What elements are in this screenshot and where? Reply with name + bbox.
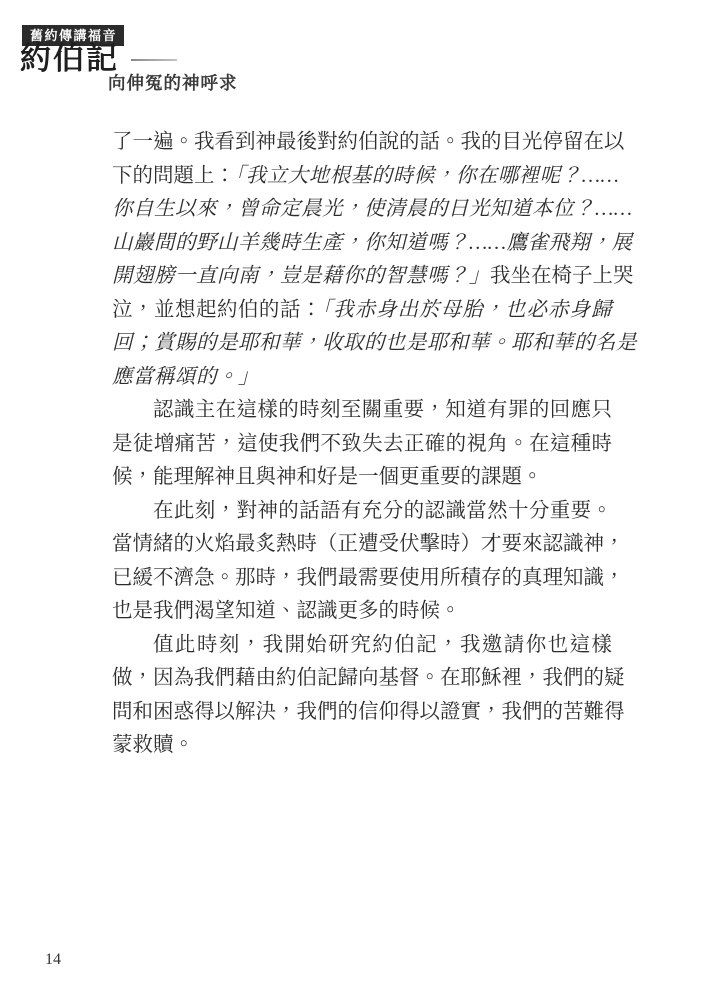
body-line: 開翅膀一直向南，豈是藉你的智慧嗎？」我坐在椅子上哭 xyxy=(112,260,612,294)
scripture-quote-text: 應當稱頌的。」 xyxy=(112,366,259,388)
body-run: 也是我們渴望知道、認識更多的時候。 xyxy=(112,600,461,622)
scripture-quote-text: 「我赤身出於母胎，也必赤身歸 xyxy=(322,299,612,321)
scripture-quote-text: 你自生以來，曾命定晨光，使清晨的日光知道本位？…… xyxy=(112,198,632,220)
body-run: 了一遍。我看到神最後對約伯說的話。我的目光停留在以 xyxy=(112,131,625,153)
scripture-quote-text: 回；賞賜的是耶和華，收取的也是耶和華。耶和華的名是 xyxy=(112,332,637,354)
body-run: 泣，並想起約伯的話： xyxy=(112,299,322,321)
body-run: 問和困惑得以解決，我們的信仰得以證實，我們的苦難得 xyxy=(112,701,625,723)
body-line: 山巖間的野山羊幾時生產，你知道嗎？……鷹雀飛翔，展 xyxy=(112,227,612,261)
body-line: 泣，並想起約伯的話：「我赤身出於母胎，也必赤身歸 xyxy=(112,294,612,328)
body-run: 做，因為我們藉由約伯記歸向基督。在耶穌裡，我們的疑 xyxy=(112,667,625,689)
scripture-quote-text: 開翅膀一直向南，豈是藉你的智慧嗎？」 xyxy=(112,265,490,287)
chapter-subtitle: 向伸冤的神呼求 xyxy=(108,73,238,93)
page-number: 14 xyxy=(45,951,61,969)
body-run: 候，能理解神且與神和好是一個更重要的課題。 xyxy=(112,466,543,488)
body-line: 也是我們渴望知道、認識更多的時候。 xyxy=(112,595,612,629)
body-run: 值此時刻，我開始研究約伯記，我邀請你也這樣 xyxy=(153,634,612,656)
body-line: 回；賞賜的是耶和華，收取的也是耶和華。耶和華的名是 xyxy=(112,327,612,361)
body-line: 當情緒的火焰最炙熱時（正遭受伏擊時）才要來認識神， xyxy=(112,528,612,562)
body-run: 當情緒的火焰最炙熱時（正遭受伏擊時）才要來認識神， xyxy=(112,533,625,555)
book-page: 舊約傳講福音 約伯記 向伸冤的神呼求 了一遍。我看到神最後對約伯說的話。我的目光… xyxy=(0,0,714,1000)
body-line: 已緩不濟急。那時，我們最需要使用所積存的真理知識， xyxy=(112,562,612,596)
title-dash-rule xyxy=(131,59,177,61)
body-run: 在此刻，對神的話語有充分的認識當然十分重要。 xyxy=(153,500,612,522)
body-line: 你自生以來，曾命定晨光，使清晨的日光知道本位？…… xyxy=(112,193,612,227)
body-line: 做，因為我們藉由約伯記歸向基督。在耶穌裡，我們的疑 xyxy=(112,662,612,696)
body-line: 下的問題上：「我立大地根基的時候，你在哪裡呢？…… xyxy=(112,160,612,194)
scripture-quote-text: 「我立大地根基的時候，你在哪裡呢？…… xyxy=(235,165,619,187)
body-line: 候，能理解神且與神和好是一個更重要的課題。 xyxy=(112,461,612,495)
body-run: 已緩不濟急。那時，我們最需要使用所積存的真理知識， xyxy=(112,567,625,589)
scripture-quote-text: 山巖間的野山羊幾時生產，你知道嗎？……鷹雀飛翔，展 xyxy=(112,232,632,254)
body-run: 我坐在椅子上哭 xyxy=(490,265,634,287)
body-run: 是徒增痛苦，這使我們不致失去正確的視角。在這種時 xyxy=(112,433,612,455)
body-run: 下的問題上： xyxy=(112,165,235,187)
body-line: 值此時刻，我開始研究約伯記，我邀請你也這樣 xyxy=(112,629,612,663)
body-text: 了一遍。我看到神最後對約伯說的話。我的目光停留在以下的問題上：「我立大地根基的時… xyxy=(112,126,612,763)
body-line: 是徒增痛苦，這使我們不致失去正確的視角。在這種時 xyxy=(112,428,612,462)
body-line: 應當稱頌的。」 xyxy=(112,361,612,395)
book-title: 約伯記 xyxy=(20,42,119,76)
body-line: 認識主在這樣的時刻至關重要，知道有罪的回應只 xyxy=(112,394,612,428)
body-line: 問和困惑得以解決，我們的信仰得以證實，我們的苦難得 xyxy=(112,696,612,730)
body-run: 蒙救贖。 xyxy=(112,734,194,756)
body-line: 蒙救贖。 xyxy=(112,729,612,763)
title-row: 約伯記 xyxy=(20,42,177,76)
body-line: 了一遍。我看到神最後對約伯說的話。我的目光停留在以 xyxy=(112,126,612,160)
body-run: 認識主在這樣的時刻至關重要，知道有罪的回應只 xyxy=(153,399,612,421)
body-line: 在此刻，對神的話語有充分的認識當然十分重要。 xyxy=(112,495,612,529)
